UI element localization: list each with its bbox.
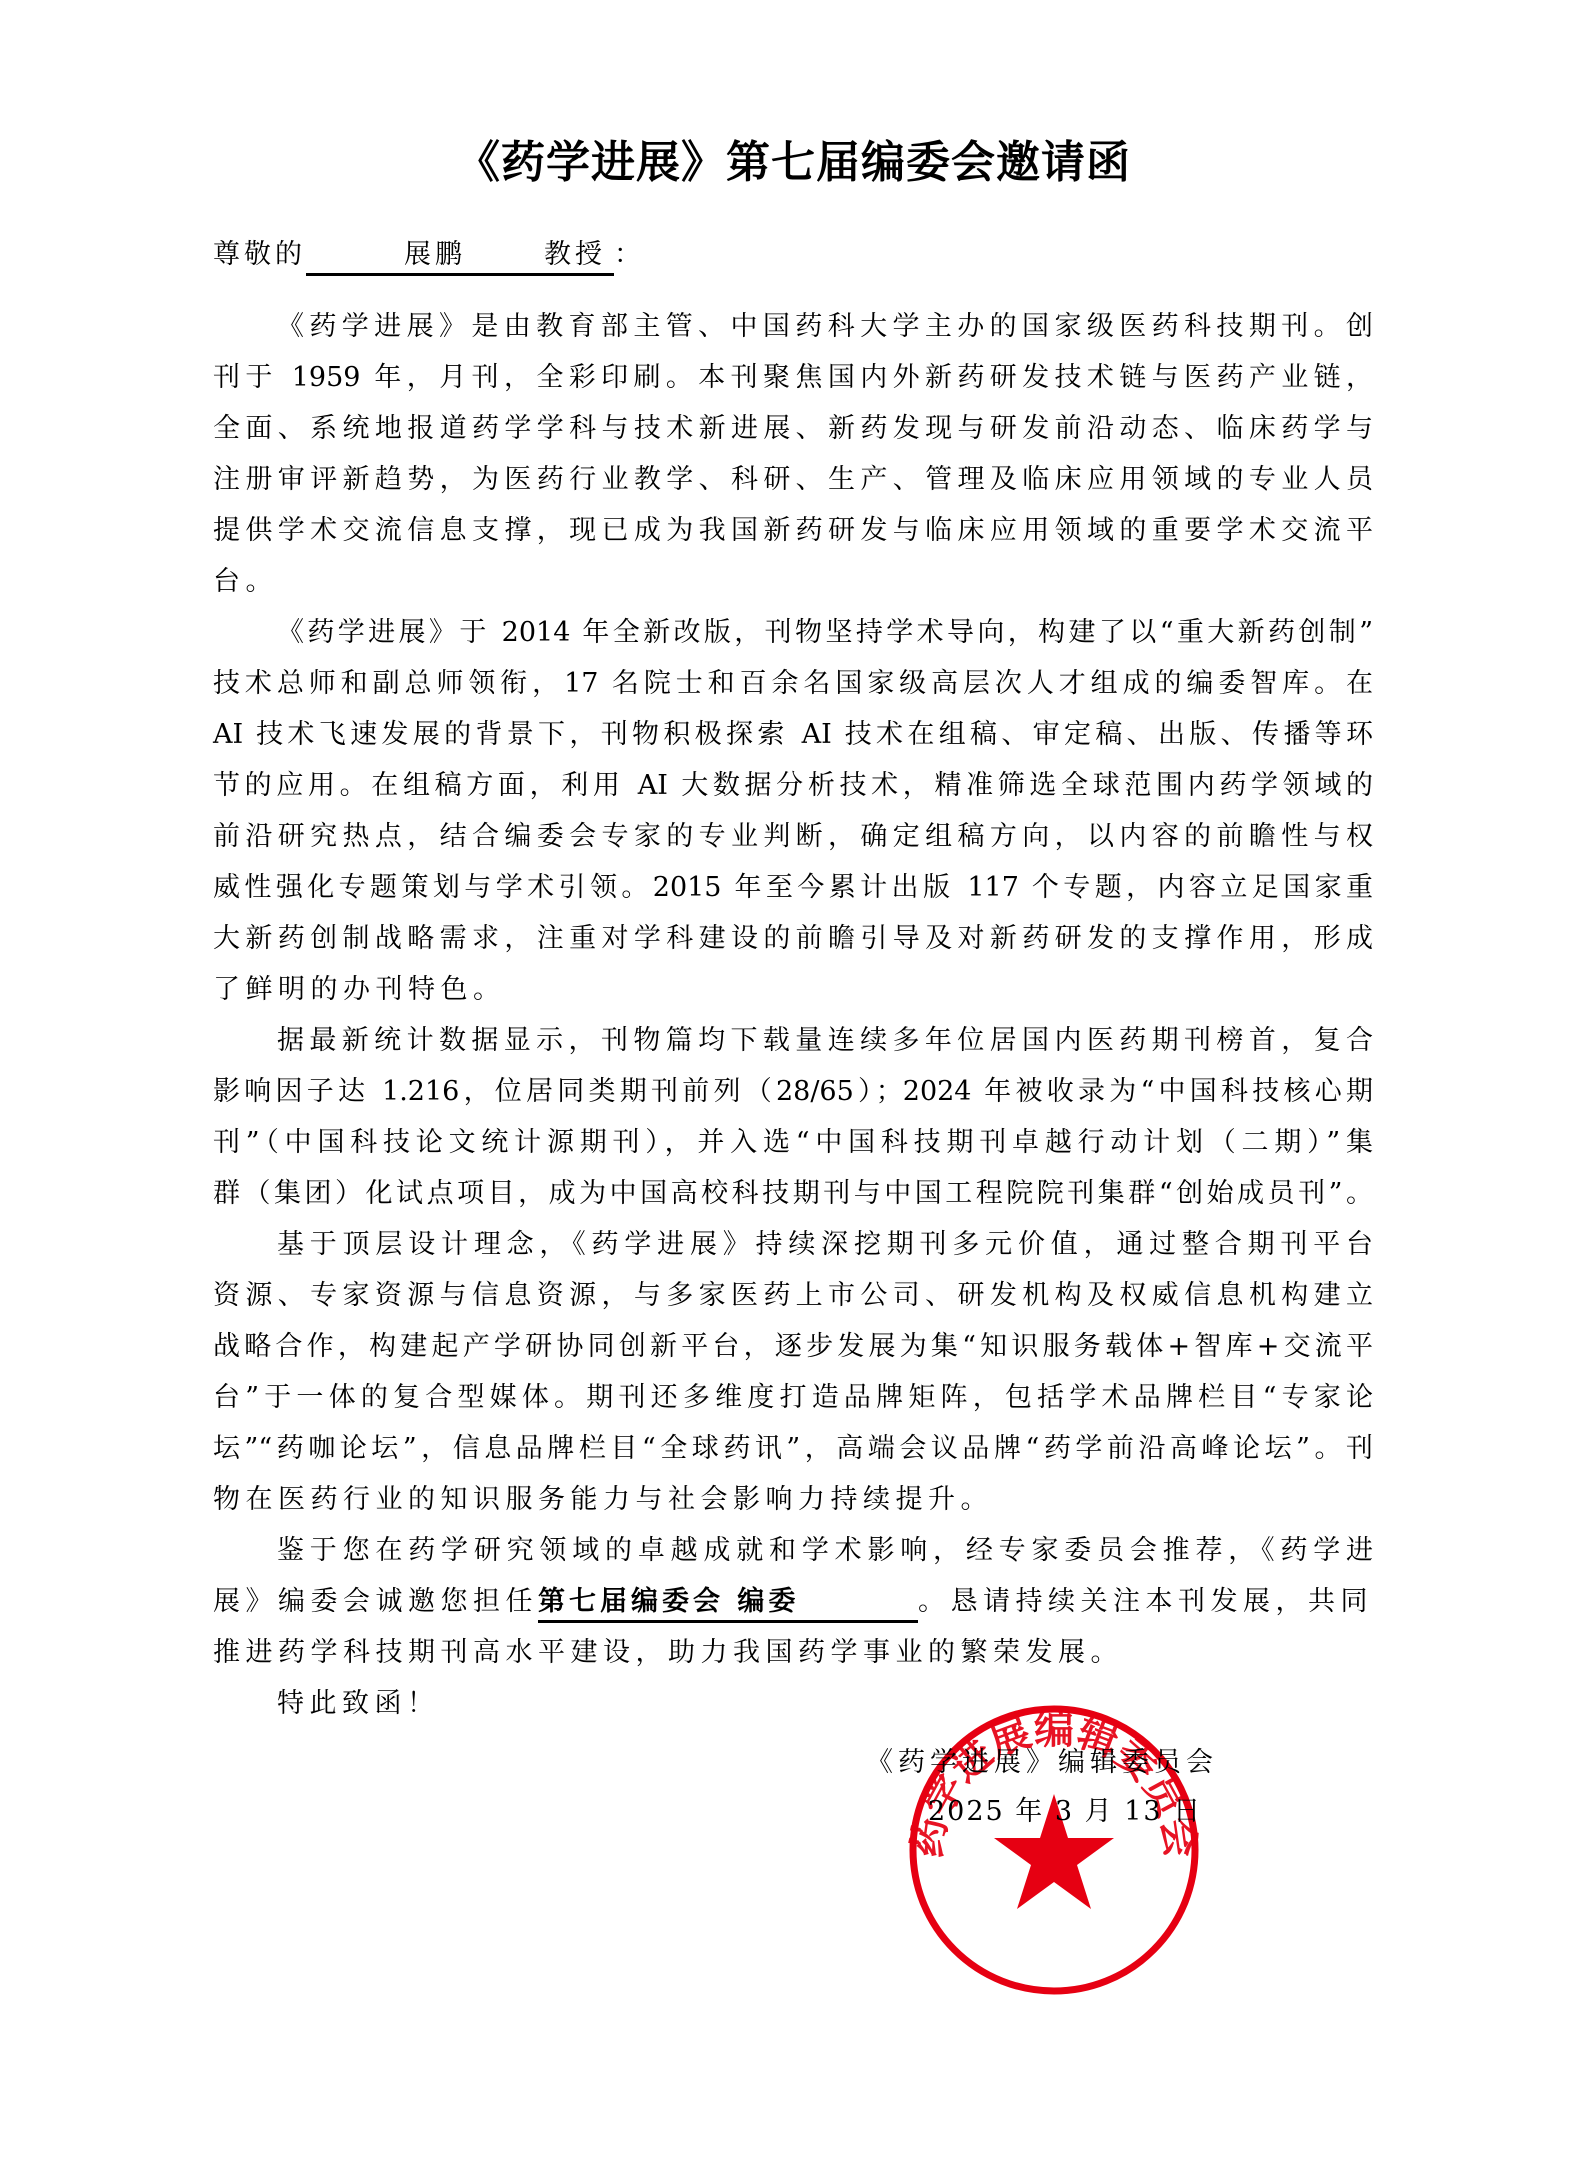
- text-line: 推进药学科技期刊高水平建设，助力我国药学事业的繁荣发展。: [213, 1627, 1373, 1678]
- appointment-prefix: 展》编委会诚邀您担任: [213, 1586, 538, 1617]
- recipient-honorific: 教授: [544, 237, 614, 273]
- text-line: 节的应用。在组稿方面，利用 AI 大数据分析技术，精准筛选全球范围内药学领域的: [213, 760, 1373, 811]
- text-line: 资源、专家资源与信息资源，与多家医药上市公司、研发机构及权威信息机构建立: [213, 1270, 1373, 1321]
- letter-title: 《药学进展》第七届编委会邀请函: [0, 134, 1587, 192]
- text-line: 技术总师和副总师领衔，17 名院士和百余名国家级高层次人才组成的编委智库。在: [213, 658, 1373, 709]
- greeting-prefix: 尊敬的: [213, 239, 306, 270]
- text-line: 鉴于您在药学研究领域的卓越成就和学术影响，经专家委员会推荐，《药学进: [277, 1525, 1373, 1576]
- appointment-position: 第七届编委会 编委: [538, 1584, 918, 1623]
- signature-organization: 《药学进展》编辑委员会: [866, 1743, 1218, 1783]
- text-line-appointment: 展》编委会诚邀您担任第七届编委会 编委。恳请持续关注本刊发展，共同: [213, 1576, 1373, 1627]
- text-line: 基于顶层设计理念，《药学进展》持续深挖期刊多元价值，通过整合期刊平台: [277, 1219, 1373, 1270]
- recipient-blank: 展鹏教授: [306, 237, 614, 276]
- text-line: 大新药创制战略需求，注重对学科建设的前瞻引导及对新药研发的支撑作用，形成: [213, 913, 1373, 964]
- text-line: 前沿研究热点，结合编委会专家的专业判断，确定组稿方向，以内容的前瞻性与权: [213, 811, 1373, 862]
- greeting-line: 尊敬的展鹏教授：: [213, 229, 645, 280]
- text-line: 《药学进展》于 2014 年全新改版，刊物坚持学术导向，构建了以“重大新药创制”: [277, 607, 1373, 658]
- text-line: 坛”“药咖论坛”，信息品牌栏目“全球药讯”，高端会议品牌“药学前沿高峰论坛”。刊: [213, 1423, 1373, 1474]
- greeting-suffix: ：: [614, 239, 645, 270]
- text-line: 台。: [213, 556, 1373, 607]
- text-line: 刊”（中国科技论文统计源期刊），并入选“中国科技期刊卓越行动计划（二期）”集: [213, 1117, 1373, 1168]
- text-line: 台”于一体的复合型媒体。期刊还多维度打造品牌矩阵，包括学术品牌栏目“专家论: [213, 1372, 1373, 1423]
- appointment-suffix: 。恳请持续关注本刊发展，共同: [918, 1586, 1373, 1617]
- text-line: 物在医药行业的知识服务能力与社会影响力持续提升。: [213, 1474, 1373, 1525]
- text-line: 了鲜明的办刊特色。: [213, 964, 1373, 1015]
- text-line: 《药学进展》是由教育部主管、中国药科大学主办的国家级医药科技期刊。创: [277, 301, 1373, 352]
- text-line: 注册审评新趋势，为医药行业教学、科研、生产、管理及临床应用领域的专业人员: [213, 454, 1373, 505]
- text-line: 威性强化专题策划与学术引领。2015 年至今累计出版 117 个专题，内容立足国…: [213, 862, 1373, 913]
- text-line: 刊于 1959 年，月刊，全彩印刷。本刊聚焦国内外新药研发技术链与医药产业链，: [213, 352, 1373, 403]
- text-line: 全面、系统地报道药学学科与技术新进展、新药发现与研发前沿动态、临床药学与: [213, 403, 1373, 454]
- closing-line: 特此致函！: [277, 1678, 1373, 1729]
- signature-date: 2025 年 3 月 13 日: [928, 1792, 1202, 1832]
- text-line: 提供学术交流信息支撑，现已成为我国新药研发与临床应用领域的重要学术交流平: [213, 505, 1373, 556]
- text-line: AI 技术飞速发展的背景下，刊物积极探索 AI 技术在组稿、审定稿、出版、传播等…: [213, 709, 1373, 760]
- text-line: 影响因子达 1.216，位居同类期刊前列（28/65）；2024 年被收录为“中…: [213, 1066, 1373, 1117]
- recipient-name: 展鹏: [404, 237, 544, 273]
- text-line: 据最新统计数据显示，刊物篇均下载量连续多年位居国内医药期刊榜首，复合: [277, 1015, 1373, 1066]
- text-line: 战略合作，构建起产学研协同创新平台，逐步发展为集“知识服务载体+智库+交流平: [213, 1321, 1373, 1372]
- text-line: 群（集团）化试点项目，成为中国高校科技期刊与中国工程院院刊集群“创始成员刊”。: [213, 1168, 1373, 1219]
